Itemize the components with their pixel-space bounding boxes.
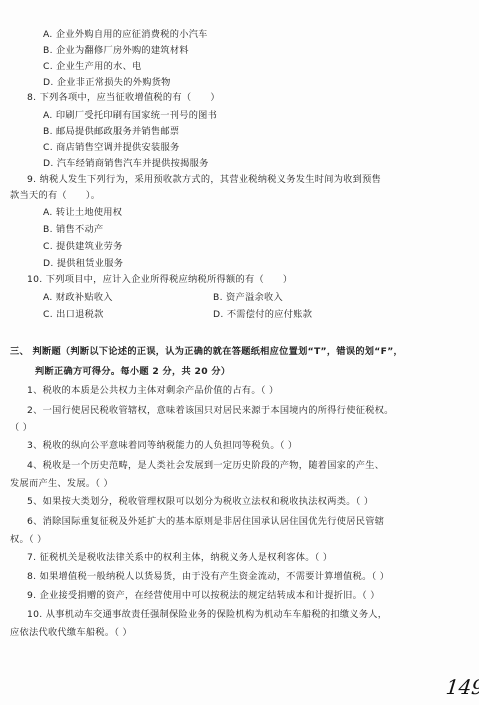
q7-option-b: B. 企业为翻修厂房外购的建筑材料 (43, 45, 189, 57)
tf-item-6-cont: 权。（ ） (10, 534, 47, 546)
q10-option-d: D. 不需偿付的应付账款 (213, 309, 312, 321)
tf-item-4-cont: 发展而产生、发展。（ ） (10, 478, 113, 490)
q7-option-c: C. 企业生产用的水、电 (43, 61, 142, 73)
q9-option-a: A. 转让土地使用权 (43, 207, 122, 219)
q9-stem-line1: 9. 纳税人发生下列行为，采用预收款方式的，其营业税纳税义务发生时间为收到预售 (27, 174, 381, 186)
tf-item-8: 8. 如果增值税一般纳税人以货易货，由于没有产生资金流动，不需要计算增值税。（ … (27, 571, 389, 583)
section3-heading-line1: 三、 判断题（判断以下论述的正误，认为正确的就在答题纸相应位置划“T”，错误的划… (10, 346, 403, 358)
q8-stem: 8. 下列各项中，应当征收增值税的有（ ） (27, 92, 220, 104)
tf-item-1: 1、税收的本质是公共权力主体对剩余产品价值的占有。（ ） (27, 385, 278, 397)
page-number: 149 (445, 675, 479, 699)
q8-option-d: D. 汽车经销商销售汽车并提供按揭服务 (43, 158, 209, 170)
q10-stem: 10. 下列项目中，应计入企业所得税应纳税所得额的有（ ） (27, 274, 292, 286)
q10-option-a: A. 财政补贴收入 (43, 292, 113, 304)
exam-page: A. 企业外购自用的应征消费税的小汽车 B. 企业为翻修厂房外购的建筑材料 C.… (0, 0, 479, 705)
q9-option-b: B. 销售不动产 (43, 224, 103, 236)
q10-option-b: B. 资产溢余收入 (213, 292, 283, 304)
tf-item-2: 2、一国行使居民税收管辖权，意味着该国只对居民来源于本国境内的所得行使征税权。 (27, 405, 394, 417)
q7-option-d: D. 企业非正常损失的外购货物 (43, 77, 171, 89)
tf-item-10-cont: 应依法代收代缴车船税。（ ） (10, 627, 132, 639)
q10-option-c: C. 出口退税款 (43, 309, 104, 321)
tf-item-3: 3、税收的纵向公平意味着同等纳税能力的人负担同等税负。（ ） (27, 440, 297, 452)
q9-stem-line2: 款当天的有（ ）。 (10, 190, 100, 202)
tf-item-2-cont: （ ） (10, 422, 32, 434)
tf-item-6: 6、消除国际重复征税及外延扩大的基本原则是非居住国承认居住国优先行使居民管辖 (27, 516, 384, 528)
tf-item-7: 7. 征税机关是税收法律关系中的权利主体，纳税义务人是权利客体。（ ） (27, 552, 332, 564)
tf-item-9: 9. 企业接受捐赠的资产，在经营使用中可以按税法的规定结转成本和计提折旧。（ ） (27, 590, 380, 602)
section3-heading-line2: 判断正确方可得分。每小题 2 分，共 20 分） (35, 366, 230, 378)
tf-item-10: 10. 从事机动车交通事故责任强制保险业务的保险机构为机动车车船税的扣缴义务人， (27, 609, 387, 621)
tf-item-4: 4、税收是一个历史范畴，是人类社会发展到一定历史阶段的产物，随着国家的产生、 (27, 460, 384, 472)
tf-item-5: 5、如果按大类划分，税收管理权限可以划分为税收立法权和税收执法权两类。（ ） (27, 496, 373, 508)
q9-option-d: D. 提供租赁业服务 (43, 258, 123, 270)
q8-option-c: C. 商店销售空调并提供安装服务 (43, 142, 180, 154)
q7-option-a: A. 企业外购自用的应征消费税的小汽车 (43, 29, 208, 41)
q8-option-a: A. 印刷厂受托印刷有国家统一刊号的图书 (43, 110, 217, 122)
q8-option-b: B. 邮局提供邮政服务并销售邮票 (43, 126, 179, 138)
q9-option-c: C. 提供建筑业劳务 (43, 241, 123, 253)
